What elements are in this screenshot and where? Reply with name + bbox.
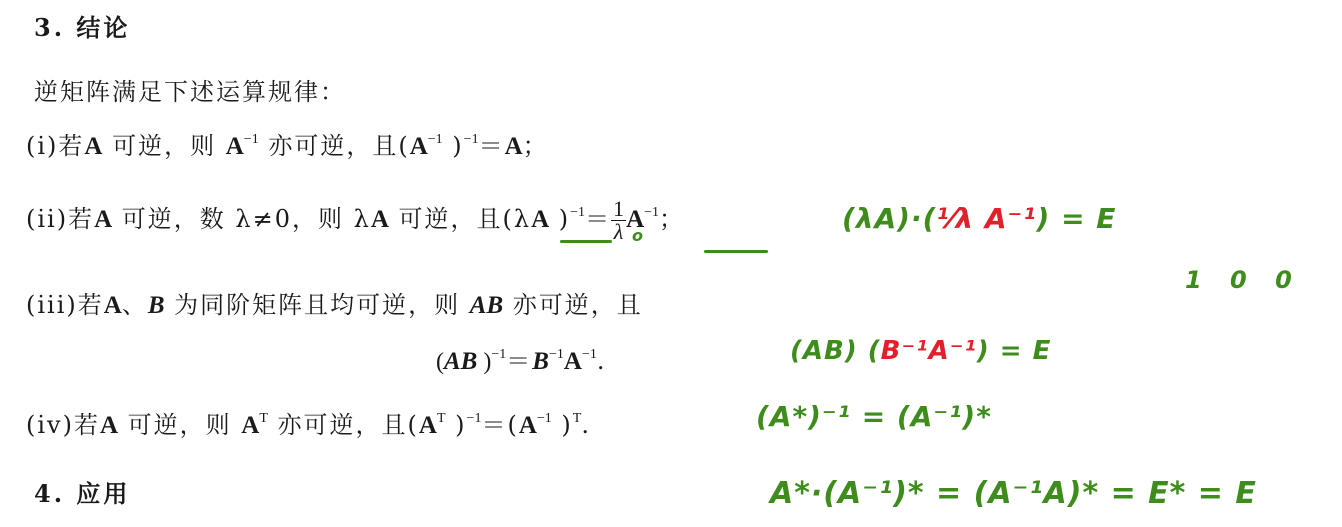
intro-text: 逆矩阵满足下述运算规律： — [34, 72, 346, 107]
rule-i: (i)若A 可逆，则 A−1 亦可逆，且(A−1 )−1＝A； — [26, 126, 549, 161]
section-4-heading: 4. 应用 — [34, 474, 130, 509]
rule-i-label: (i)若 — [26, 132, 84, 160]
rule-iv: (iv)若A 可逆，则 AT 亦可逆，且(AT )−1＝(A−1 )T. — [26, 405, 591, 440]
handwritten-note-rule-ii: (λA)·(¹⁄λ A⁻¹) = E — [842, 202, 1116, 235]
green-small-o-mark: o — [632, 226, 644, 245]
green-underline-lambda-a — [560, 240, 612, 243]
handwritten-note-100: 1 0 0 — [1185, 266, 1302, 294]
rule-iii-formula: (AB )−1＝B−1A−1. — [436, 341, 606, 376]
rule-ii: (ii)若A 可逆，数 λ≠0，则 λA 可逆，且(λA )−1＝1λA−1； — [26, 198, 685, 243]
rule-ii-label: (ii)若 — [26, 205, 94, 233]
rule-iii: (iii)若A、B 为同阶矩阵且均可逆，则 AB 亦可逆，且 — [26, 285, 643, 320]
handwritten-note-rule-iii: (AB) (B⁻¹A⁻¹) = E — [790, 336, 1051, 366]
handwritten-note-bottom: A*·(A⁻¹)* = (A⁻¹A)* = E* = E — [770, 476, 1257, 511]
fraction-one-over-lambda: 1λ — [611, 198, 626, 243]
section-3-heading: 3. 结论 — [34, 8, 130, 43]
rule-iii-label: (iii)若 — [26, 291, 104, 319]
rule-iv-label: (iv)若 — [26, 411, 100, 439]
green-underline-inverse — [704, 250, 768, 253]
handwritten-note-rule-iv: (A*)⁻¹ = (A⁻¹)* — [756, 400, 992, 433]
